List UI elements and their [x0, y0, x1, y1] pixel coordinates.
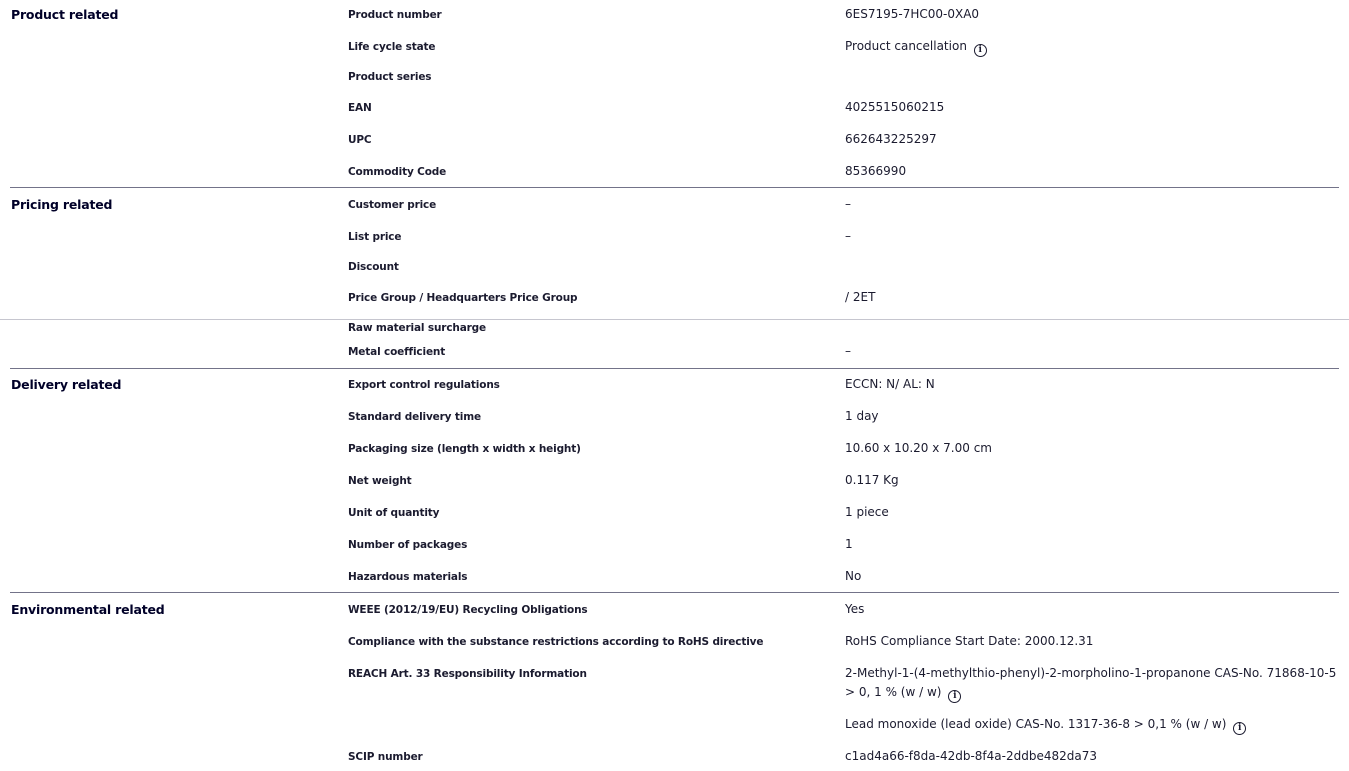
value-scip-number: c1ad4a66-f8da-42db-8f4a-2ddbe482da73: [845, 747, 1340, 766]
value-reach-substance-1: 2-Methyl-1-(4-methylthio-phenyl)-2-morph…: [845, 664, 1340, 703]
label-product-series: Product series: [348, 71, 431, 83]
value-unit-of-quantity: 1 piece: [845, 503, 1340, 522]
label-number-of-packages: Number of packages: [348, 539, 467, 551]
value-ean: 4025515060215: [845, 98, 1340, 117]
label-packaging-size: Packaging size (length x width x height): [348, 443, 581, 455]
label-metal-coefficient: Metal coefficient: [348, 346, 445, 358]
label-rohs-compliance: Compliance with the substance restrictio…: [348, 636, 763, 648]
label-reach-art33: REACH Art. 33 Responsibility Information: [348, 668, 587, 680]
value-number-of-packages: 1: [845, 535, 1340, 554]
value-metal-coefficient: –: [845, 342, 1340, 361]
info-icon[interactable]: i: [1233, 722, 1246, 735]
label-list-price: List price: [348, 231, 401, 243]
label-standard-delivery-time: Standard delivery time: [348, 411, 481, 423]
info-icon[interactable]: i: [974, 44, 987, 57]
product-data-table: Product related Product number 6ES7195-7…: [0, 0, 1349, 771]
reach-substance-1-text: 2-Methyl-1-(4-methylthio-phenyl)-2-morph…: [845, 666, 1336, 699]
section-title-environmental-related: Environmental related: [11, 602, 165, 617]
label-upc: UPC: [348, 134, 371, 146]
label-weee: WEEE (2012/19/EU) Recycling Obligations: [348, 604, 588, 616]
label-product-number: Product number: [348, 9, 442, 21]
value-export-control: ECCN: N/ AL: N: [845, 375, 1340, 394]
row-divider: [0, 319, 1349, 320]
life-cycle-state-text: Product cancellation: [845, 39, 967, 53]
label-commodity-code: Commodity Code: [348, 166, 446, 178]
value-product-number: 6ES7195-7HC00-0XA0: [845, 5, 1340, 24]
section-divider: [10, 368, 1339, 369]
value-reach-substance-2: Lead monoxide (lead oxide) CAS-No. 1317-…: [845, 715, 1340, 735]
value-net-weight: 0.117 Kg: [845, 471, 1340, 490]
label-life-cycle-state: Life cycle state: [348, 41, 435, 53]
section-title-delivery-related: Delivery related: [11, 377, 121, 392]
section-title-pricing-related: Pricing related: [11, 197, 112, 212]
value-weee: Yes: [845, 600, 1340, 619]
value-upc: 662643225297: [845, 130, 1340, 149]
label-discount: Discount: [348, 261, 399, 273]
value-list-price: –: [845, 227, 1340, 246]
value-life-cycle-state: Product cancellation i: [845, 37, 1340, 57]
label-ean: EAN: [348, 102, 372, 114]
info-icon[interactable]: i: [948, 690, 961, 703]
value-standard-delivery-time: 1 day: [845, 407, 1340, 426]
value-commodity-code: 85366990: [845, 162, 1340, 181]
label-customer-price: Customer price: [348, 199, 436, 211]
label-raw-material-surcharge: Raw material surcharge: [348, 322, 486, 334]
label-unit-of-quantity: Unit of quantity: [348, 507, 439, 519]
label-export-control: Export control regulations: [348, 379, 500, 391]
label-hazardous-materials: Hazardous materials: [348, 571, 467, 583]
label-scip-number: SCIP number: [348, 751, 423, 763]
value-customer-price: –: [845, 195, 1340, 214]
section-divider: [10, 187, 1339, 188]
label-net-weight: Net weight: [348, 475, 412, 487]
section-divider: [10, 592, 1339, 593]
reach-substance-2-text: Lead monoxide (lead oxide) CAS-No. 1317-…: [845, 717, 1226, 731]
value-rohs-compliance: RoHS Compliance Start Date: 2000.12.31: [845, 632, 1340, 651]
value-price-group: / 2ET: [845, 288, 1340, 307]
label-price-group: Price Group / Headquarters Price Group: [348, 292, 577, 304]
value-hazardous-materials: No: [845, 567, 1340, 586]
value-packaging-size: 10.60 x 10.20 x 7.00 cm: [845, 439, 1340, 458]
section-title-product-related: Product related: [11, 7, 118, 22]
